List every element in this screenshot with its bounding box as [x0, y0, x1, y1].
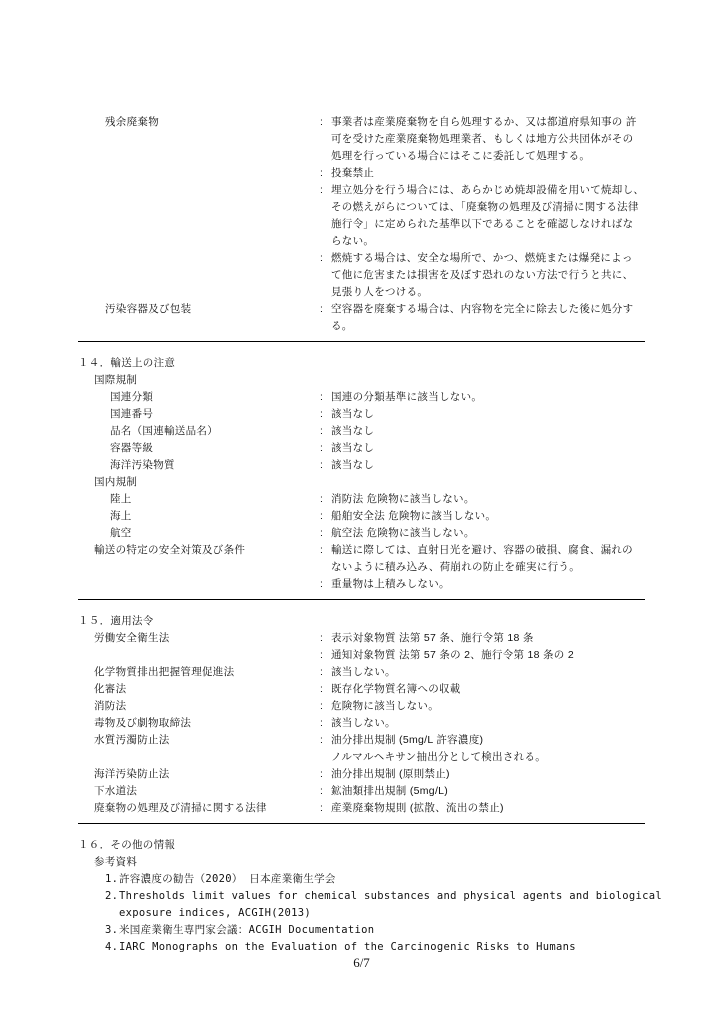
reference-number: 3.	[105, 922, 119, 939]
row: 化審法:既存化学物質名簿への収載	[78, 681, 645, 698]
row-value: :国連の分類基準に該当しない。	[320, 389, 645, 406]
value-text: 投棄禁止	[331, 165, 645, 182]
value-text: 該当なし	[331, 457, 645, 474]
value-text: 危険物に該当しない。	[331, 698, 645, 715]
value-paragraph: :重量物は上積みしない。	[320, 576, 645, 593]
value-paragraph: :該当しない。	[320, 664, 645, 681]
reference-number: 4.	[105, 939, 119, 956]
reference-item: 1.許容濃度の勧告（2020） 日本産業衛生学会	[78, 871, 645, 888]
colon-separator: :	[320, 576, 331, 593]
row-label: 海洋汚染物質	[78, 457, 320, 474]
section-16-other-info: １６．その他の情報参考資料1.許容濃度の勧告（2020） 日本産業衛生学会2.T…	[78, 837, 645, 956]
section-heading: １４．輸送上の注意	[78, 355, 645, 372]
row: 廃棄物の処理及び清掃に関する法律:産業廃棄物規則 (拡散、流出の禁止)	[78, 800, 645, 817]
row-label: 国連番号	[78, 406, 320, 423]
row-label: 労働安全衛生法	[78, 630, 320, 647]
row-label: 汚染容器及び包装	[78, 301, 320, 318]
value-text: 燃焼する場合は、安全な場所で、かつ、燃焼または爆発によっ て他に危害または損害を…	[331, 250, 645, 301]
row: 航空:航空法 危険物に該当しない。	[78, 525, 645, 542]
row: 容器等級:該当なし	[78, 440, 645, 457]
page-content: 残余廃棄物:事業者は産業廃棄物を自ら処理するか、又は都道府県知事の 許 可を受け…	[78, 114, 645, 956]
row: 国際規制	[78, 372, 645, 389]
value-text: 該当しない。	[331, 715, 645, 732]
row: 輸送の特定の安全対策及び条件:輸送に際しては、直射日光を避け、容器の破損、腐食、…	[78, 542, 645, 593]
value-text: 該当なし	[331, 423, 645, 440]
row: 品名（国連輸送品名）:該当なし	[78, 423, 645, 440]
colon-separator: :	[320, 165, 331, 182]
colon-separator: :	[320, 406, 331, 423]
value-paragraph: :該当しない。	[320, 715, 645, 732]
row: 海洋汚染物質:該当なし	[78, 457, 645, 474]
row-value: :油分排出規制 (5mg/L 許容濃度) ノルマルヘキサン抽出分として検出される…	[320, 732, 645, 766]
section-divider	[78, 341, 645, 342]
row-label: 残余廃棄物	[78, 114, 320, 131]
row: 海上:船舶安全法 危険物に該当しない。	[78, 508, 645, 525]
reference-text: 許容濃度の勧告（2020） 日本産業衛生学会	[119, 871, 645, 888]
row: 残余廃棄物:事業者は産業廃棄物を自ら処理するか、又は都道府県知事の 許 可を受け…	[78, 114, 645, 301]
reference-text: IARC Monographs on the Evaluation of the…	[119, 939, 645, 956]
value-text: 表示対象物質 法第 57 条、施行令第 18 条	[331, 630, 645, 647]
row-value: :航空法 危険物に該当しない。	[320, 525, 645, 542]
row-value: :該当なし	[320, 423, 645, 440]
reference-item: 2.Thresholds limit values for chemical s…	[78, 888, 645, 922]
row-value: :空容器を廃棄する場合は、内容物を完全に除去した後に処分す る。	[320, 301, 645, 335]
value-paragraph: :燃焼する場合は、安全な場所で、かつ、燃焼または爆発によっ て他に危害または損害…	[320, 250, 645, 301]
row-value: :消防法 危険物に該当しない。	[320, 491, 645, 508]
value-paragraph: :輸送に際しては、直射日光を避け、容器の破損、腐食、漏れの ないように積み込み、…	[320, 542, 645, 576]
value-paragraph: :事業者は産業廃棄物を自ら処理するか、又は都道府県知事の 許 可を受けた産業廃棄…	[320, 114, 645, 165]
row: 消防法:危険物に該当しない。	[78, 698, 645, 715]
page-number: 6/7	[0, 955, 723, 971]
colon-separator: :	[320, 800, 331, 817]
row: 陸上:消防法 危険物に該当しない。	[78, 491, 645, 508]
colon-separator: :	[320, 698, 331, 715]
colon-separator: :	[320, 525, 331, 542]
value-text: 航空法 危険物に該当しない。	[331, 525, 645, 542]
value-text: 国連の分類基準に該当しない。	[331, 389, 645, 406]
row: 国内規制	[78, 474, 645, 491]
row-label: 容器等級	[78, 440, 320, 457]
value-paragraph: :該当なし	[320, 457, 645, 474]
row: 海洋汚染防止法:油分排出規制 (原則禁止)	[78, 766, 645, 783]
colon-separator: :	[320, 647, 331, 664]
value-paragraph: :鉱油類排出規制 (5mg/L)	[320, 783, 645, 800]
row-value: :事業者は産業廃棄物を自ら処理するか、又は都道府県知事の 許 可を受けた産業廃棄…	[320, 114, 645, 301]
colon-separator: :	[320, 440, 331, 457]
row-value: :該当なし	[320, 406, 645, 423]
value-paragraph: :油分排出規制 (原則禁止)	[320, 766, 645, 783]
colon-separator: :	[320, 783, 331, 800]
row: 下水道法:鉱油類排出規制 (5mg/L)	[78, 783, 645, 800]
row-value: :輸送に際しては、直射日光を避け、容器の破損、腐食、漏れの ないように積み込み、…	[320, 542, 645, 593]
value-text: 該当しない。	[331, 664, 645, 681]
row-label: 消防法	[78, 698, 320, 715]
colon-separator: :	[320, 491, 331, 508]
section-15-regulations: １５．適用法令労働安全衛生法:表示対象物質 法第 57 条、施行令第 18 条:…	[78, 613, 645, 817]
value-paragraph: :航空法 危険物に該当しない。	[320, 525, 645, 542]
reference-number: 2.	[105, 888, 119, 905]
row-label: 国内規制	[78, 474, 320, 491]
value-text: 船舶安全法 危険物に該当しない。	[331, 508, 645, 525]
row-value: :該当なし	[320, 440, 645, 457]
colon-separator: :	[320, 250, 331, 267]
row-label: 下水道法	[78, 783, 320, 800]
reference-text: Thresholds limit values for chemical sub…	[119, 888, 662, 922]
section-divider	[78, 823, 645, 824]
section-disposal-continued: 残余廃棄物:事業者は産業廃棄物を自ら処理するか、又は都道府県知事の 許 可を受け…	[78, 114, 645, 335]
colon-separator: :	[320, 542, 331, 559]
colon-separator: :	[320, 766, 331, 783]
row-value: :表示対象物質 法第 57 条、施行令第 18 条:通知対象物質 法第 57 条…	[320, 630, 645, 664]
value-text: 輸送に際しては、直射日光を避け、容器の破損、腐食、漏れの ないように積み込み、荷…	[331, 542, 645, 576]
value-paragraph: :空容器を廃棄する場合は、内容物を完全に除去した後に処分す る。	[320, 301, 645, 335]
value-text: 既存化学物質名簿への収載	[331, 681, 645, 698]
row-value: :該当しない。	[320, 664, 645, 681]
row-label: 参考資料	[78, 854, 320, 871]
colon-separator: :	[320, 301, 331, 318]
value-paragraph: :通知対象物質 法第 57 条の 2、施行令第 18 条の 2	[320, 647, 645, 664]
row: 参考資料	[78, 854, 645, 871]
row-value: :鉱油類排出規制 (5mg/L)	[320, 783, 645, 800]
value-paragraph: :国連の分類基準に該当しない。	[320, 389, 645, 406]
value-text: 油分排出規制 (原則禁止)	[331, 766, 645, 783]
value-text: 消防法 危険物に該当しない。	[331, 491, 645, 508]
row-label: 海上	[78, 508, 320, 525]
reference-item: 4.IARC Monographs on the Evaluation of t…	[78, 939, 645, 956]
value-paragraph: :該当なし	[320, 423, 645, 440]
value-text: 油分排出規制 (5mg/L 許容濃度) ノルマルヘキサン抽出分として検出される。	[331, 732, 645, 766]
colon-separator: :	[320, 664, 331, 681]
value-text: 重量物は上積みしない。	[331, 576, 645, 593]
reference-text: 米国産業衛生専門家会議：ACGIH Documentation	[119, 922, 645, 939]
row-label: 輸送の特定の安全対策及び条件	[78, 542, 320, 559]
reference-item: 3.米国産業衛生専門家会議：ACGIH Documentation	[78, 922, 645, 939]
row: 化学物質排出把握管理促進法:該当しない。	[78, 664, 645, 681]
value-paragraph: :投棄禁止	[320, 165, 645, 182]
row: 水質汚濁防止法:油分排出規制 (5mg/L 許容濃度) ノルマルヘキサン抽出分と…	[78, 732, 645, 766]
row-label: 品名（国連輸送品名）	[78, 423, 320, 440]
value-paragraph: :既存化学物質名簿への収載	[320, 681, 645, 698]
colon-separator: :	[320, 182, 331, 199]
value-paragraph: :油分排出規制 (5mg/L 許容濃度) ノルマルヘキサン抽出分として検出される…	[320, 732, 645, 766]
value-text: 産業廃棄物規則 (拡散、流出の禁止)	[331, 800, 645, 817]
row-value: :産業廃棄物規則 (拡散、流出の禁止)	[320, 800, 645, 817]
row-label: 毒物及び劇物取締法	[78, 715, 320, 732]
row-label: 国際規制	[78, 372, 320, 389]
value-text: 該当なし	[331, 406, 645, 423]
value-paragraph: :埋立処分を行う場合には、あらかじめ焼却設備を用いて焼却し、 その燃えがらについ…	[320, 182, 645, 250]
colon-separator: :	[320, 732, 331, 749]
row-label: 国連分類	[78, 389, 320, 406]
section-heading: １６．その他の情報	[78, 837, 645, 854]
value-text: 該当なし	[331, 440, 645, 457]
colon-separator: :	[320, 630, 331, 647]
row: 国連番号:該当なし	[78, 406, 645, 423]
colon-separator: :	[320, 508, 331, 525]
row-label: 海洋汚染防止法	[78, 766, 320, 783]
section-heading: １５．適用法令	[78, 613, 645, 630]
value-paragraph: :消防法 危険物に該当しない。	[320, 491, 645, 508]
colon-separator: :	[320, 457, 331, 474]
value-text: 通知対象物質 法第 57 条の 2、施行令第 18 条の 2	[331, 647, 645, 664]
value-paragraph: :該当なし	[320, 440, 645, 457]
row: 毒物及び劇物取締法:該当しない。	[78, 715, 645, 732]
value-paragraph: :船舶安全法 危険物に該当しない。	[320, 508, 645, 525]
row-value: :油分排出規制 (原則禁止)	[320, 766, 645, 783]
colon-separator: :	[320, 715, 331, 732]
row-label: 化学物質排出把握管理促進法	[78, 664, 320, 681]
section-divider	[78, 599, 645, 600]
row: 汚染容器及び包装:空容器を廃棄する場合は、内容物を完全に除去した後に処分す る。	[78, 301, 645, 335]
value-text: 事業者は産業廃棄物を自ら処理するか、又は都道府県知事の 許 可を受けた産業廃棄物…	[331, 114, 645, 165]
value-paragraph: :該当なし	[320, 406, 645, 423]
colon-separator: :	[320, 114, 331, 131]
reference-number: 1.	[105, 871, 119, 888]
value-text: 埋立処分を行う場合には、あらかじめ焼却設備を用いて焼却し、 その燃えがらについて…	[331, 182, 645, 250]
row-label: 航空	[78, 525, 320, 542]
row-label: 化審法	[78, 681, 320, 698]
colon-separator: :	[320, 389, 331, 406]
row: 労働安全衛生法:表示対象物質 法第 57 条、施行令第 18 条:通知対象物質 …	[78, 630, 645, 664]
row-value: :既存化学物質名簿への収載	[320, 681, 645, 698]
row-label: 陸上	[78, 491, 320, 508]
row-value: :危険物に該当しない。	[320, 698, 645, 715]
value-paragraph: :危険物に該当しない。	[320, 698, 645, 715]
row: 国連分類:国連の分類基準に該当しない。	[78, 389, 645, 406]
row-value: :該当しない。	[320, 715, 645, 732]
value-paragraph: :表示対象物質 法第 57 条、施行令第 18 条	[320, 630, 645, 647]
row-label: 廃棄物の処理及び清掃に関する法律	[78, 800, 320, 817]
row-value: :該当なし	[320, 457, 645, 474]
value-text: 空容器を廃棄する場合は、内容物を完全に除去した後に処分す る。	[331, 301, 645, 335]
value-text: 鉱油類排出規制 (5mg/L)	[331, 783, 645, 800]
colon-separator: :	[320, 423, 331, 440]
row-value: :船舶安全法 危険物に該当しない。	[320, 508, 645, 525]
row-label: 水質汚濁防止法	[78, 732, 320, 749]
section-14-transport: １４．輸送上の注意国際規制国連分類:国連の分類基準に該当しない。国連番号:該当な…	[78, 355, 645, 593]
value-paragraph: :産業廃棄物規則 (拡散、流出の禁止)	[320, 800, 645, 817]
colon-separator: :	[320, 681, 331, 698]
